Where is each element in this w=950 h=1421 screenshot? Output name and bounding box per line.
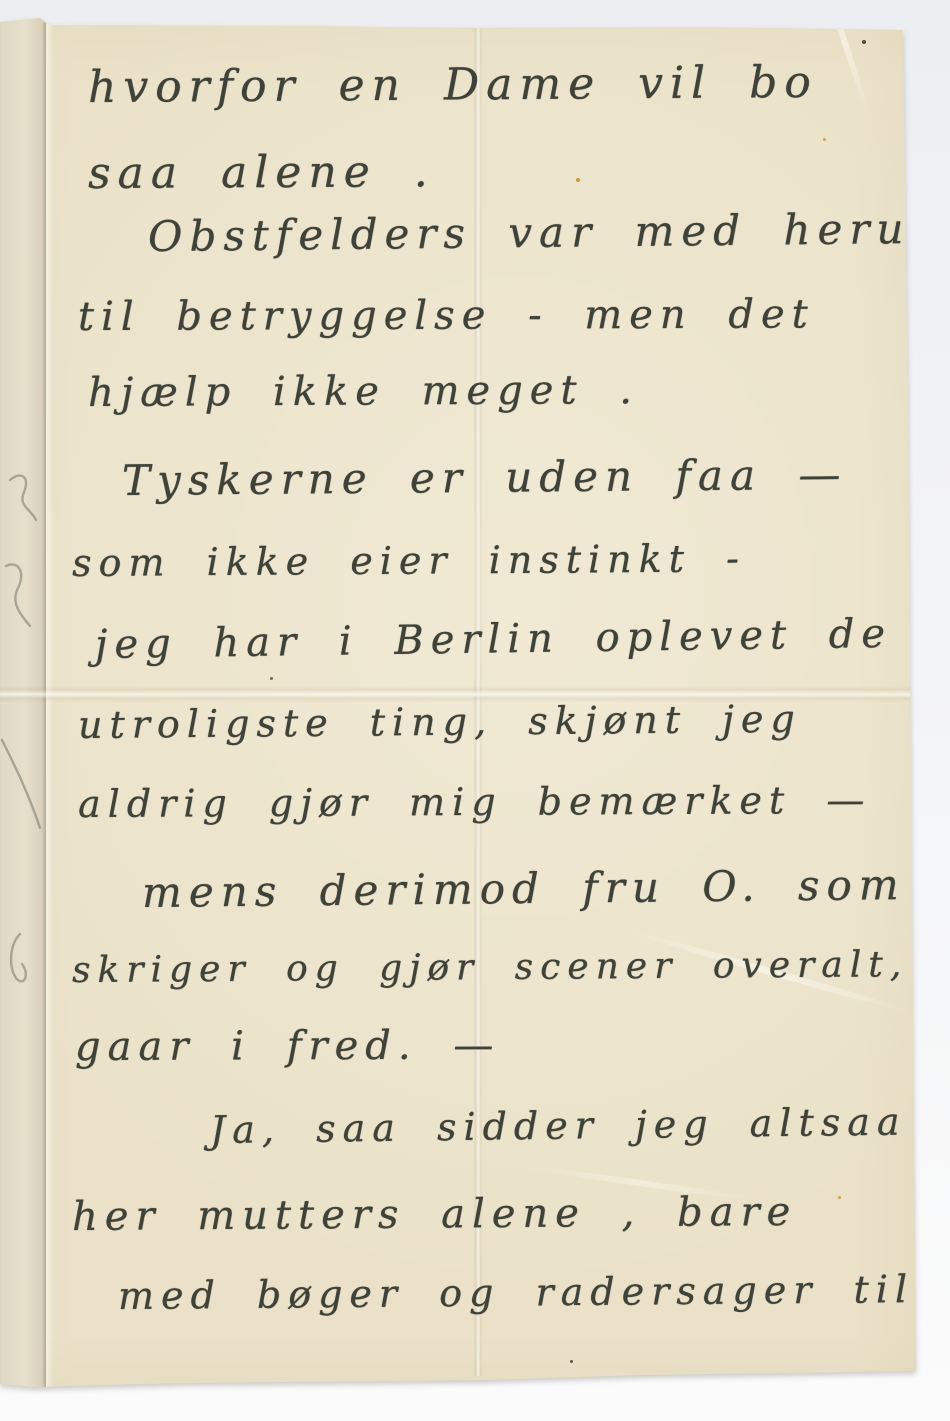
paper-speck	[823, 138, 826, 141]
handwritten-line-8: jeg har i Berlin oplevet de	[95, 611, 893, 668]
handwritten-line-7: som ikke eier instinkt -	[72, 536, 746, 585]
paper-speck	[838, 1196, 841, 1199]
handwritten-line-2: saa alene .	[88, 146, 435, 199]
paper-speck	[270, 677, 273, 680]
handwritten-line-11: mens derimod fru O. som	[142, 860, 906, 917]
paper-speck	[570, 1360, 573, 1363]
handwritten-line-13: gaar i fred. —	[75, 1023, 500, 1070]
handwritten-line-6: Tyskerne er uden faa —	[122, 450, 848, 505]
handwritten-line-4: til betryggelse - men det	[78, 291, 815, 340]
handwriting-lines: hvorfor en Dame vil bosaa alene .Obstfel…	[0, 0, 950, 1421]
handwritten-line-12: skriger og gjør scener overalt,	[72, 944, 908, 991]
handwritten-line-10: aldrig gjør mig bemærket —	[78, 778, 872, 826]
handwritten-line-1: hvorfor en Dame vil bo	[88, 57, 818, 113]
handwritten-line-16: med bøger og radersager til	[118, 1267, 914, 1318]
letter-page: hvorfor en Dame vil bosaa alene .Obstfel…	[0, 0, 950, 1421]
paper-speck	[576, 178, 580, 182]
handwritten-line-14: Ja, saa sidder jeg altsaa	[210, 1099, 907, 1152]
handwritten-line-9: utroligste ting, skjønt jeg	[78, 697, 802, 747]
letter-scan: hvorfor en Dame vil bosaa alene .Obstfel…	[0, 0, 950, 1421]
handwritten-line-3: Obstfelders var med herud	[148, 204, 945, 261]
handwritten-line-5: hjælp ikke meget .	[88, 367, 639, 416]
handwritten-line-15: her mutters alene , bare	[72, 1189, 798, 1240]
paper-speck	[862, 40, 866, 44]
